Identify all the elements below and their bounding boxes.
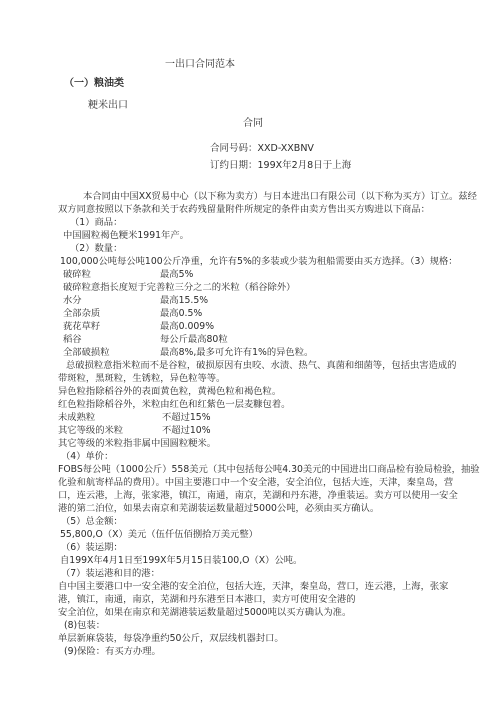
doc-title: 一出口合同范本 <box>165 59 235 71</box>
contract-line: （2）数量： <box>58 242 454 255</box>
spec-row: 破碎粒最高5% <box>58 268 454 281</box>
contract-line: 口，连云港，上海，张家港，镇江，南通，南京，芜湖和丹东港，净重装运。卖方可以使用… <box>58 489 454 502</box>
spec-label: 稻谷 <box>63 333 160 346</box>
contract-title: 合同 <box>243 118 263 130</box>
contract-line: 带斑粒，黑斑粒，生锈粒，异色粒等等。 <box>58 372 454 385</box>
spec-value: 不超过15% <box>162 412 211 423</box>
contract-line: 港，镇江，南通，南京，芜湖和丹东港至日本港口，卖方可使用安全港的 <box>58 593 454 606</box>
spec-row: 莸花草籽最高0.009% <box>58 320 454 333</box>
contract-line: 红色粒指除稻谷外，米粒由红色和红紫色一层麦糠包着。 <box>58 398 454 411</box>
contract-line: 破碎粒意指长度短于完善粒三分之二的米粒（稻谷除外） <box>58 281 454 294</box>
spec-value: 最高0.5% <box>160 308 202 319</box>
contract-line: 自中国主要港口中一安全港的安全泊位，包括大连，天津，秦皇岛，营口，连云港，上海，… <box>58 580 454 593</box>
contract-line: 总破损粒意指米粒而不是谷粒，破损原因有虫咬、水渍、热气、真菌和细菌等，包括虫害造… <box>58 359 454 372</box>
spec-label: 莸花草籽 <box>63 320 160 333</box>
contract-line: 55,800,O（X）美元（伍仟伍佰捌拾万美元整） <box>58 528 454 541</box>
contract-line: (9)保险：有买方办理。 <box>58 645 454 658</box>
spec-label: 水分 <box>63 294 160 307</box>
spec-label: 全部杂质 <box>63 307 160 320</box>
spec-label: 破碎粒 <box>63 268 160 281</box>
spec-label: 全部破损粒 <box>63 346 160 359</box>
contract-line: 本合同由中国XX贸易中心（以下称为卖方）与日本进出口有限公司（以下称为买方）订立… <box>58 190 454 203</box>
contract-line: 中国圆粒褐色粳米1991年产。 <box>58 229 454 242</box>
spec-value: 每公斤最高80粒 <box>160 334 228 345</box>
contract-line: 自199X年4月1日至199X年5月15日装100,O（X）公吨。 <box>58 554 454 567</box>
section-heading: （一）粮油类 <box>64 78 124 90</box>
spec-label: 未成熟粒 <box>58 411 162 424</box>
spec-row: 未成熟粒不超过15% <box>58 411 454 424</box>
contract-line: （6）装运期： <box>58 541 454 554</box>
contract-document: 一出口合同范本 （一）粮油类 粳米出口 合同 合同号码：XXD-XXBNV 订约… <box>0 0 500 707</box>
spec-value: 最高8%,最多可允许有1%的异色粒。 <box>160 347 313 358</box>
contract-line: 安全泊位，如果在南京和芜湖港装运数量超过5000吨以买方确认为准。 <box>58 606 454 619</box>
contract-date: 订约日期：199X年2月8日于上海 <box>210 160 351 172</box>
contract-number: 合同号码：XXD-XXBNV <box>210 143 314 155</box>
contract-line: 化验和航寄样品的费用）。中国主要港口中一个安全港，安全泊位，包括大连，天津，秦皇… <box>58 476 454 489</box>
spec-value: 最高0.009% <box>160 321 214 332</box>
contract-line: （7）装运港和目的港： <box>58 567 454 580</box>
contract-body: 本合同由中国XX贸易中心（以下称为卖方）与日本进出口有限公司（以下称为买方）订立… <box>58 190 454 658</box>
contract-line: (8)包装： <box>58 619 454 632</box>
contract-line: 双方同意按照以下条款和关于农药残留量附件所规定的条件由卖方售出买方购进以下商品： <box>58 203 454 216</box>
spec-value: 最高5% <box>160 269 193 280</box>
spec-row: 其它等级的米粒不超过10% <box>58 424 454 437</box>
spec-value: 最高15.5% <box>160 295 208 306</box>
contract-line: （1）商品： <box>58 216 454 229</box>
contract-line: （5）总金额： <box>58 515 454 528</box>
contract-line: 港的第二泊位，如果去南京和芜湖装运数量超过5000公吨，必须由买方确认。 <box>58 502 454 515</box>
spec-row: 全部破损粒最高8%,最多可允许有1%的异色粒。 <box>58 346 454 359</box>
spec-row: 稻谷每公斤最高80粒 <box>58 333 454 346</box>
contract-line: 其它等级的米粒指非属中国圆粒粳米。 <box>58 437 454 450</box>
product-heading: 粳米出口 <box>88 100 128 112</box>
contract-line: （4）单价： <box>58 450 454 463</box>
spec-row: 水分最高15.5% <box>58 294 454 307</box>
spec-label: 其它等级的米粒 <box>58 424 162 437</box>
contract-line: FOBS每公吨（1000公斤）558美元（其中包括每公吨4.30美元的中国进出口… <box>58 463 454 476</box>
spec-value: 不超过10% <box>162 425 211 436</box>
contract-line: 100,000公吨每公吨100公斤净重，允许有5%的多装或少装为租船需要由买方选… <box>58 255 454 268</box>
spec-row: 全部杂质最高0.5% <box>58 307 454 320</box>
contract-line: 异色粒指除稻谷外的表面黄色粒，黄褐色粒和褐色粒。 <box>58 385 454 398</box>
contract-line: 单层新麻袋装，每袋净重约50公斤，双层线机器封口。 <box>58 632 454 645</box>
